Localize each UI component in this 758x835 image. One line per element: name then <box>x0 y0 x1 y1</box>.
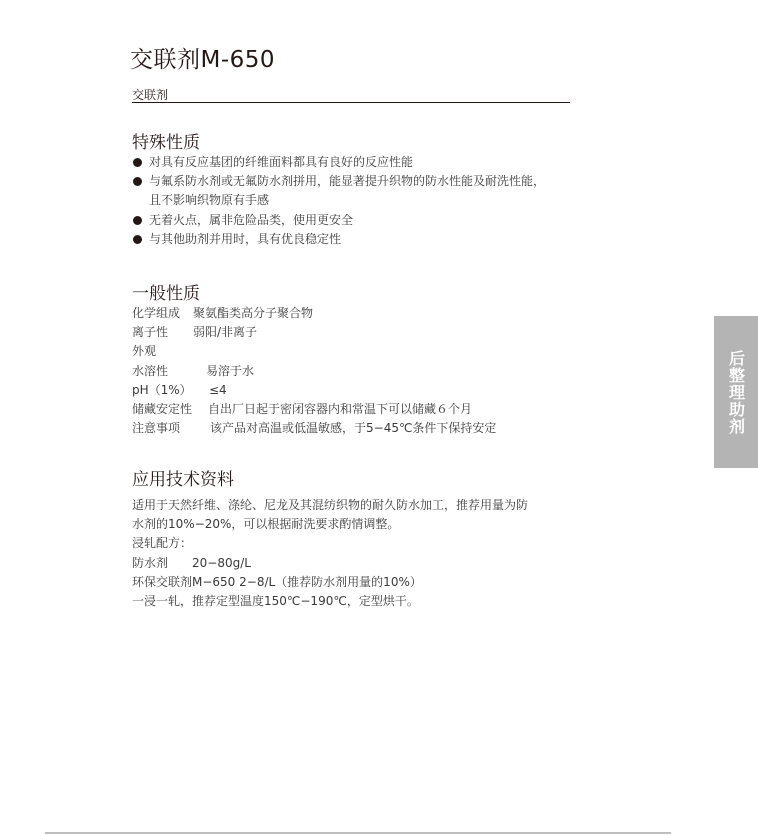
application-line: 水剂的10%−20%，可以根据耐洗要求酌情调整。 <box>132 515 528 534</box>
footer-divider <box>45 832 671 834</box>
property-key: 离子性 <box>132 323 193 342</box>
list-item-text: 与其他助剂并用时，具有优良稳定性 <box>149 230 341 249</box>
property-key: pH（1%） <box>132 381 209 400</box>
property-row: 离子性 弱阳/非离子 <box>132 323 496 342</box>
product-category: 交联剂 <box>132 88 168 102</box>
application-line: 一浸一轧，推荐定型温度150℃−190℃，定型烘干。 <box>132 592 528 611</box>
property-key: 外观 <box>132 342 193 361</box>
list-item-continuation: 且不影响织物原有手感 <box>132 191 545 210</box>
general-properties-heading: 一般性质 <box>132 284 200 304</box>
property-value: 弱阳/非离子 <box>193 323 257 342</box>
list-item-text: 无着火点，属非危险品类，使用更安全 <box>149 211 353 230</box>
property-row: pH（1%） ≤4 <box>132 381 496 400</box>
list-item: 与氟系防水剂或无氟防水剂拼用，能显著提升织物的防水性能及耐洗性能， <box>132 172 545 191</box>
property-key: 注意事项 <box>132 419 210 438</box>
application-line: 环保交联剂M−650 2−8/L（推荐防水剂用量的10%） <box>132 573 528 592</box>
property-key: 水溶性 <box>132 362 206 381</box>
list-item: 与其他助剂并用时，具有优良稳定性 <box>132 230 545 249</box>
property-row: 外观 <box>132 342 496 361</box>
general-properties-table: 化学组成 聚氨酯类高分子聚合物 离子性 弱阳/非离子 外观 水溶性 易溶于水 p… <box>132 304 496 438</box>
property-key: 储藏安定性 <box>132 400 208 419</box>
bullet-icon <box>133 158 142 167</box>
bullet-icon <box>133 235 142 244</box>
property-row: 化学组成 聚氨酯类高分子聚合物 <box>132 304 496 323</box>
list-item-text: 对具有反应基团的纤维面料都具有良好的反应性能 <box>149 153 413 172</box>
application-heading: 应用技术资料 <box>132 470 234 490</box>
list-item-text: 与氟系防水剂或无氟防水剂拼用，能显著提升织物的防水性能及耐洗性能， <box>149 172 545 191</box>
property-value: ≤4 <box>209 381 227 400</box>
property-row: 储藏安定性 自出厂日起于密闭容器内和常温下可以储藏６个月 <box>132 400 496 419</box>
property-value: 自出厂日起于密闭容器内和常温下可以储藏６个月 <box>208 400 472 419</box>
bullet-icon <box>133 177 142 186</box>
property-row: 水溶性 易溶于水 <box>132 362 496 381</box>
side-tab-finishing-auxiliaries: 后整理助剂 <box>714 316 758 468</box>
list-item: 对具有反应基团的纤维面料都具有良好的反应性能 <box>132 153 545 172</box>
special-properties-heading: 特殊性质 <box>132 133 200 153</box>
title-divider <box>132 102 570 103</box>
special-properties-list: 对具有反应基团的纤维面料都具有良好的反应性能 与氟系防水剂或无氟防水剂拼用，能显… <box>132 153 545 249</box>
list-item: 无着火点，属非危险品类，使用更安全 <box>132 211 545 230</box>
side-tab-label: 后整理助剂 <box>725 350 748 435</box>
property-value: 聚氨酯类高分子聚合物 <box>193 304 313 323</box>
property-value: 该产品对高温或低温敏感，于5−45℃条件下保持安定 <box>210 419 496 438</box>
application-text: 适用于天然纤维、涤纶、尼龙及其混纺织物的耐久防水加工，推荐用量为防 水剂的10%… <box>132 496 528 611</box>
bullet-icon <box>133 216 142 225</box>
application-line: 防水剂 20−80g/L <box>132 554 528 573</box>
property-value: 易溶于水 <box>206 362 254 381</box>
application-line: 浸轧配方： <box>132 534 528 553</box>
property-row: 注意事项 该产品对高温或低温敏感，于5−45℃条件下保持安定 <box>132 419 496 438</box>
application-line: 适用于天然纤维、涤纶、尼龙及其混纺织物的耐久防水加工，推荐用量为防 <box>132 496 528 515</box>
product-title: 交联剂M-650 <box>130 46 275 74</box>
property-key: 化学组成 <box>132 304 193 323</box>
